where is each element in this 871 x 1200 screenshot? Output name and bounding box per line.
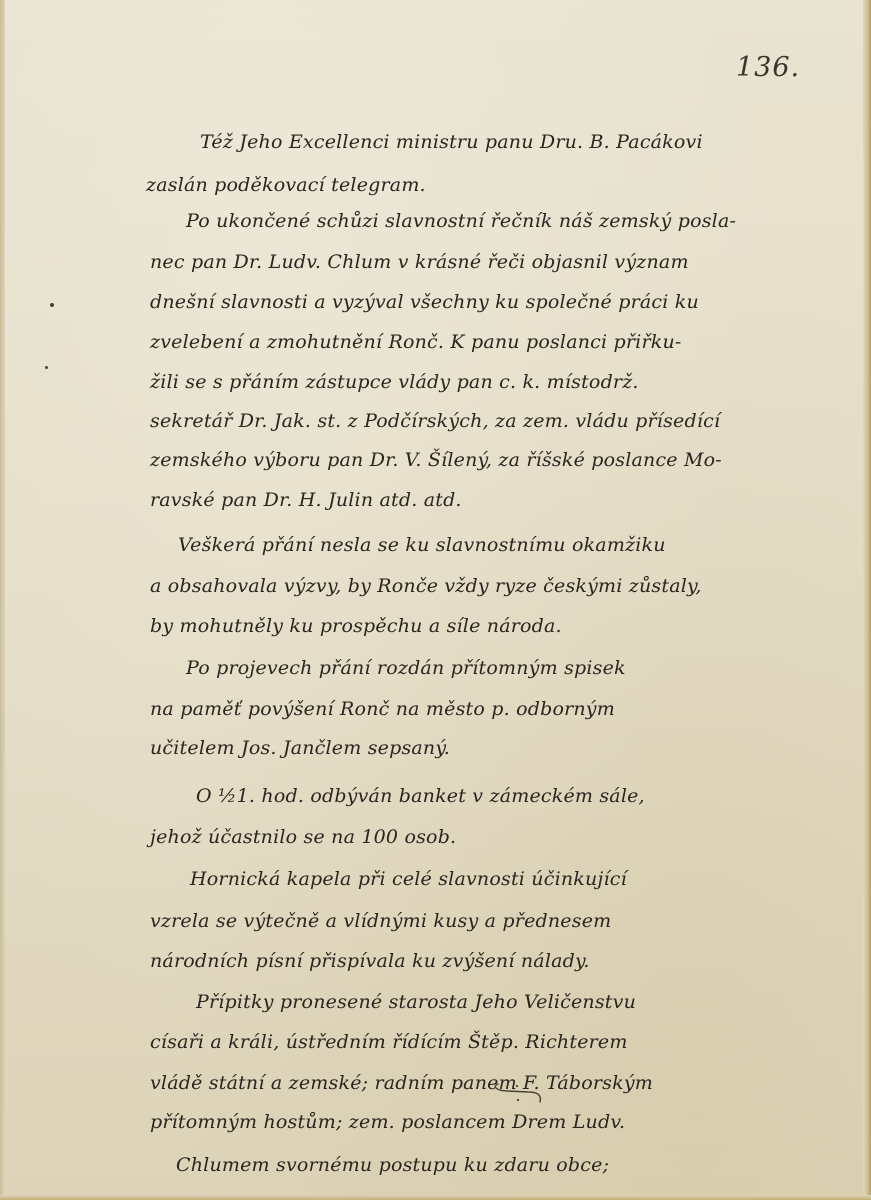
manuscript-line: na paměť povýšení Ronč na město p. odbor… [150,698,615,720]
manuscript-line: by mohutněly ku prospěchu a síle národa. [150,615,562,637]
ink-spot [45,366,48,369]
manuscript-line: přítomným hostům; zem. poslancem Drem Lu… [150,1111,625,1133]
page-number: 136. [736,52,800,83]
manuscript-line: ravské pan Dr. H. Julin atd. atd. [150,489,462,511]
manuscript-line: a obsahovala výzvy, by Ronče vždy ryze č… [150,575,702,597]
page-binding-edge [0,0,5,1200]
manuscript-line: vládě státní a zemské; radním panem F. T… [150,1072,653,1094]
manuscript-line: Hornická kapela při celé slavnosti účink… [190,868,627,890]
manuscript-line: nec pan Dr. Ludv. Chlum v krásné řeči ob… [150,251,689,273]
manuscript-line: vzrela se výtečně a vlídnými kusy a před… [150,910,611,932]
manuscript-line: císaři a králi, ústředním řídícím Štěp. … [150,1031,628,1053]
manuscript-line: Též Jeho Excellenci ministru panu Dru. B… [200,131,703,153]
manuscript-line: sekretář Dr. Jak. st. z Podčírských, za … [150,410,720,432]
manuscript-line: Po ukončené schůzi slavnostní řečník náš… [186,210,736,232]
ink-spot [50,303,54,307]
manuscript-line: Chlumem svornému postupu ku zdaru obce; [176,1154,609,1176]
manuscript-line: Přípitky pronesené starosta Jeho Veličen… [196,991,636,1013]
manuscript-line: jehož účastnilo se na 100 osob. [150,826,456,848]
manuscript-line: O ½1. hod. odbýván banket v zámeckém sál… [196,785,645,807]
manuscript-page: 136. Též Jeho Excellenci ministru panu D… [0,0,871,1200]
end-flourish-icon [490,1078,550,1108]
manuscript-line: zvelebení a zmohutnění Ronč. K panu posl… [150,331,682,353]
manuscript-line: dnešní slavnosti a vyzýval všechny ku sp… [150,291,699,313]
manuscript-line: učitelem Jos. Jančlem sepsaný. [150,737,450,759]
page-bottom-edge [0,1195,871,1200]
manuscript-line: národních písní přispívala ku zvýšení ná… [150,950,590,972]
manuscript-line: zemského výboru pan Dr. V. Šílený, za ří… [150,449,722,471]
manuscript-line: zaslán poděkovací telegram. [146,174,426,196]
manuscript-line: žili se s přáním zástupce vlády pan c. k… [150,371,639,393]
page-right-edge [863,0,871,1200]
manuscript-line: Veškerá přání nesla se ku slavnostnímu o… [178,534,666,556]
manuscript-line: Po projevech přání rozdán přítomným spis… [186,657,626,679]
